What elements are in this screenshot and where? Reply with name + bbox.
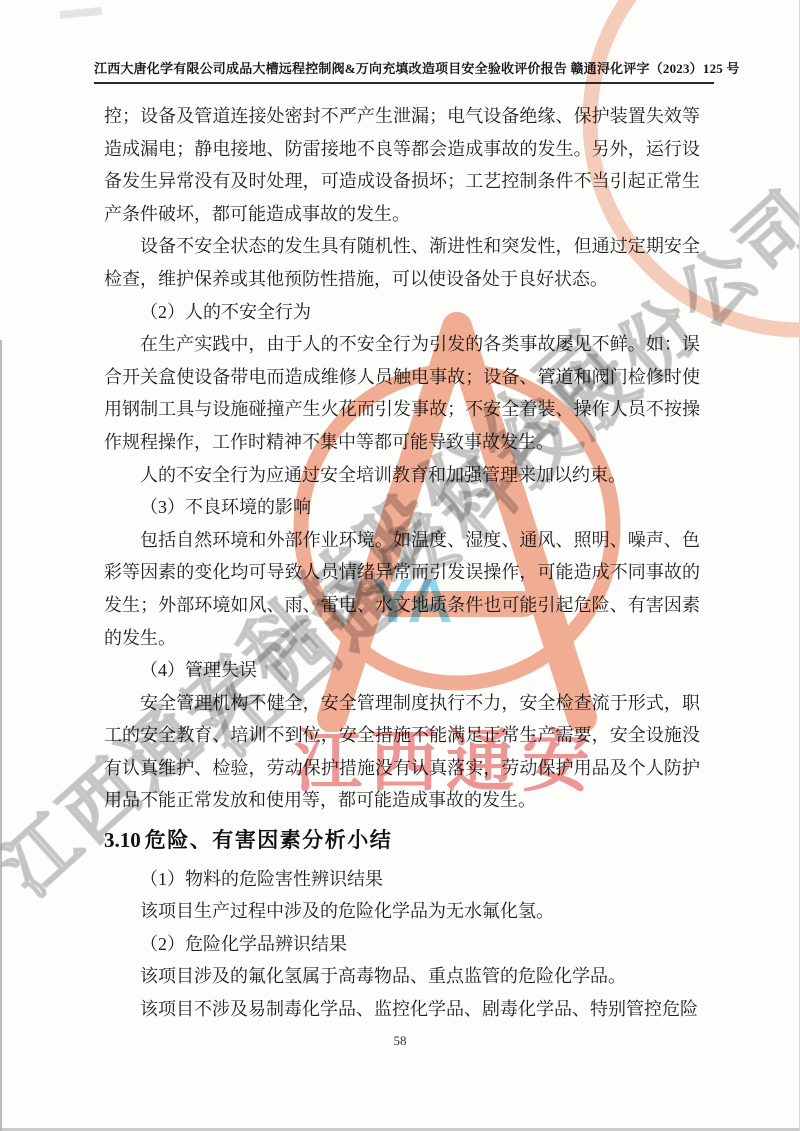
paragraph: 该项目涉及的氟化氢属于高毒物品、重点监管的危险化学品。 <box>104 960 700 993</box>
paragraph: 安全管理机构不健全，安全管理制度执行不力，安全检查流于形式，职工的安全教育、培训… <box>104 687 700 817</box>
header-title: 江西大唐化学有限公司成品大槽远程控制阀&万向充填改造项目安全验收评价报告 赣通浔… <box>94 61 740 76</box>
paragraph: （2）危险化学品辨识结果 <box>104 928 700 961</box>
paragraph: 该项目不涉及易制毒化学品、监控化学品、剧毒化学品、特别管控危险 <box>104 993 700 1026</box>
page-footer: 58 <box>0 1033 800 1049</box>
paragraph: （1）物料的危险害性辨识结果 <box>104 863 700 896</box>
page-header: 江西大唐化学有限公司成品大槽远程控制阀&万向充填改造项目安全验收评价报告 赣通浔… <box>94 58 714 84</box>
paragraph: （4）管理失误 <box>104 654 700 687</box>
paragraph: （2）人的不安全行为 <box>104 296 700 329</box>
section-title: 危险、有害因素分析小结 <box>145 828 393 852</box>
paragraph: 在生产实践中，由于人的不安全行为引发的各类事故屡见不鲜。如：误合开关盒使设备带电… <box>104 328 700 458</box>
section-heading: 3.10危险、有害因素分析小结 <box>104 824 700 857</box>
paragraph: （3）不良环境的影响 <box>104 491 700 524</box>
page-number: 58 <box>394 1033 407 1048</box>
document-page: 江西大唐化学有限公司成品大槽远程控制阀&万向充填改造项目安全验收评价报告 赣通浔… <box>0 0 800 1131</box>
paragraph: 该项目生产过程中涉及的危险化学品为无水氟化氢。 <box>104 895 700 928</box>
paragraph: 设备不安全状态的发生具有随机性、渐进性和突发性，但通过定期安全检查，维护保养或其… <box>104 230 700 295</box>
section-number: 3.10 <box>104 828 141 852</box>
scan-smudge <box>60 7 103 19</box>
paragraph: 人的不安全行为应通过安全培训教育和加强管理来加以约束。 <box>104 459 700 492</box>
paragraph: 包括自然环境和外部作业环境。如温度、湿度、通风、照明、噪声、色彩等因素的变化均可… <box>104 524 700 654</box>
paragraph: 控；设备及管道连接处密封不严产生泄漏；电气设备绝缘、保护装置失效等造成漏电；静电… <box>104 100 700 230</box>
scan-edge-left <box>0 340 2 1131</box>
document-body: 控；设备及管道连接处密封不严产生泄漏；电气设备绝缘、保护装置失效等造成漏电；静电… <box>104 100 700 1026</box>
